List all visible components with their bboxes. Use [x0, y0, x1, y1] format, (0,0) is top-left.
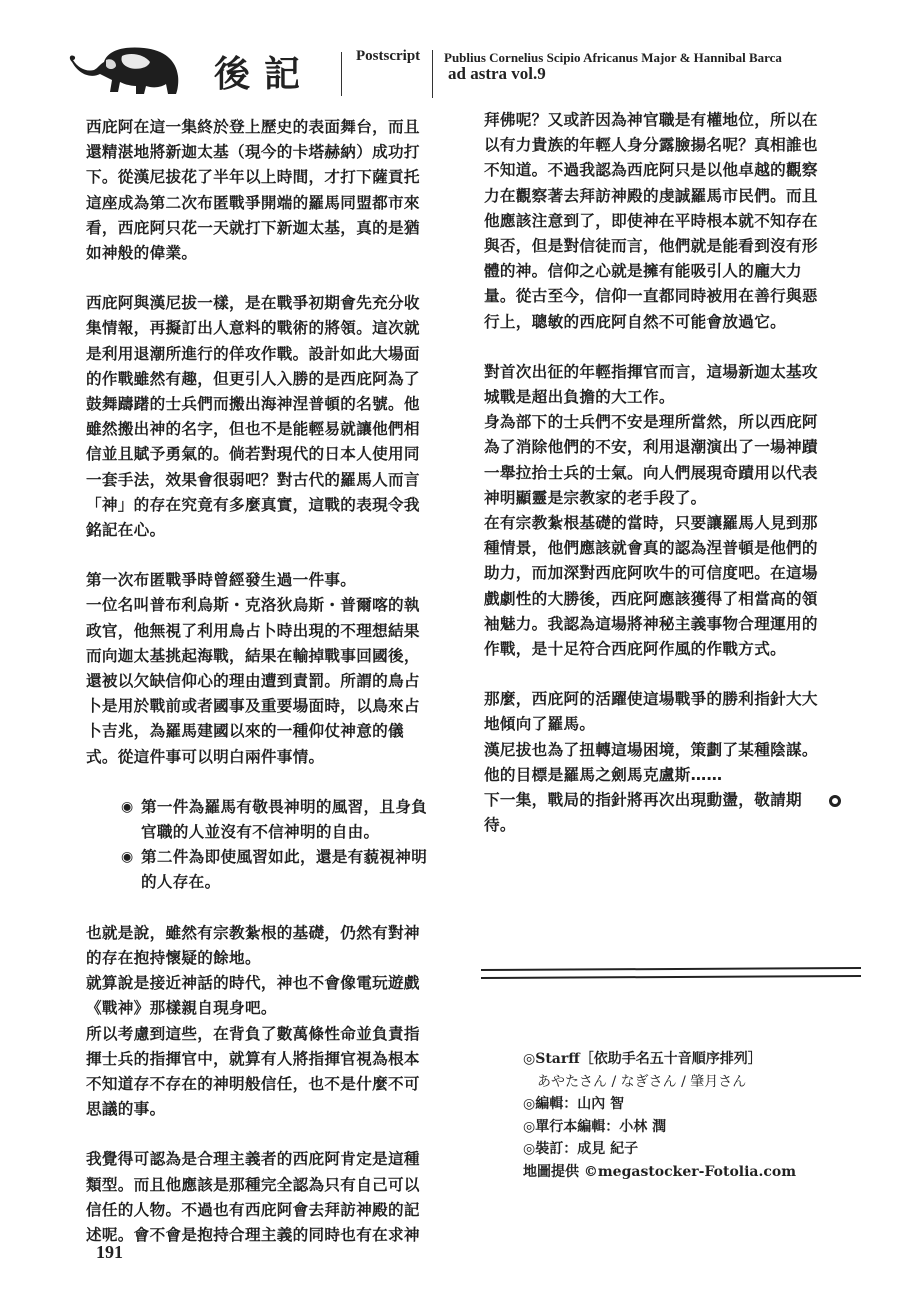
text-line: 式。從這件事可以明白兩件事情。	[86, 745, 456, 770]
text-line: 述呢。會不會是抱持合理主義的同時也有在求神	[86, 1223, 456, 1248]
text-line: 如神般的偉業。	[86, 241, 456, 266]
text-line: 身為部下的士兵們不安是理所當然，所以西庇阿	[484, 410, 854, 435]
text-line: 在有宗教紮根基礎的當時，只要讓羅馬人見到那	[484, 511, 854, 536]
text-line: 種情景，他們應該就會真的認為涅普頓是他們的	[484, 536, 854, 561]
bullet-list: ◉ 第一件為羅馬有敬畏神明的風習，且身負 官職的人並沒有不信神明的自由。 ◉ 第…	[121, 795, 456, 896]
text-line: 為了消除他們的不安，利用退潮演出了一場神蹟	[484, 435, 854, 460]
page-header: 後記 Postscript Publius Cornelius Scipio A…	[0, 0, 910, 110]
staff-heading: ◎Starff［依助手名五十音順序排列］	[523, 1048, 796, 1071]
postscript-label: Postscript	[356, 48, 420, 65]
text-line: 戲劇性的大勝後，西庇阿應該獲得了相當高的領	[484, 587, 854, 612]
text-line: 第一次布匿戰爭時曾經發生過一件事。	[86, 568, 456, 593]
divider-line	[481, 975, 861, 979]
text-line: 地傾向了羅馬。	[484, 712, 854, 737]
book-editor-credit: ◎單行本編輯：小林 潤	[523, 1116, 796, 1139]
text-line: 看，西庇阿只花一天就打下新迦太基，真的是猶	[86, 216, 456, 241]
paragraph: 西庇阿與漢尼拔一樣，是在戰爭初期會先充分收 集情報，再擬訂出人意料的戰術的將領。…	[86, 291, 456, 543]
staff-names: あやたさん / なぎさん / 肇月さん	[523, 1071, 796, 1094]
page-title: 後記	[214, 46, 314, 97]
paragraph: 西庇阿在這一集終於登上歷史的表面舞台，而且 還精湛地將新迦太基（現今的卡塔赫納）…	[86, 115, 456, 266]
credits-block: ◎Starff［依助手名五十音順序排列］ あやたさん / なぎさん / 肇月さん…	[523, 1048, 796, 1183]
text-line: 鼓舞躊躇的士兵們而搬出海神涅普頓的名號。他	[86, 392, 456, 417]
text-line: 一位名叫普布利烏斯・克洛狄烏斯・普爾喀的執	[86, 593, 456, 618]
text-line: 集情報，再擬訂出人意料的戰術的將領。這次就	[86, 316, 456, 341]
text-line: 信並且賦予勇氣的。倘若對現代的日本人使用同	[86, 442, 456, 467]
text-line: 一套手法，效果會很弱吧？對古代的羅馬人而言	[86, 468, 456, 493]
text-line: 政官，他無視了利用鳥占卜時出現的不理想結果	[86, 619, 456, 644]
paragraph: 拜佛呢？又或許因為神官職是有權地位，所以在 以有力貴族的年輕人身分露臉揚名呢？真…	[484, 108, 854, 335]
divider	[432, 50, 433, 98]
text-line: 「神」的存在究竟有多麼真實，這戰的表現令我	[86, 493, 456, 518]
text-line: 信任的人物。不過也有西庇阿會去拜訪神殿的記	[86, 1198, 456, 1223]
text-line: 《戰神》那樣親自現身吧。	[86, 996, 456, 1021]
text-line: 也就是說，雖然有宗教紮根的基礎，仍然有對神	[86, 921, 456, 946]
text-line: 作戰，是十足符合西庇阿作風的作戰方式。	[484, 637, 854, 662]
text-line: 還精湛地將新迦太基（現今的卡塔赫納）成功打	[86, 140, 456, 165]
bullet-icon: ◉	[121, 795, 141, 845]
text-line: 量。從古至今，信仰一直都同時被用在善行與惡	[484, 284, 854, 309]
text-line: 類型。而且他應該是那種完全認為只有自己可以	[86, 1173, 456, 1198]
page-number: 191	[96, 1242, 123, 1263]
text-line: 揮士兵的指揮官中，就算有人將指揮官視為根本	[86, 1047, 456, 1072]
text-line: 與否，但是對信徒而言，他們就是能看到沒有形	[484, 234, 854, 259]
paragraph: 對首次出征的年輕指揮官而言，這場新迦太基攻 城戰是超出負擔的大工作。 身為部下的…	[484, 360, 854, 662]
editor-credit: ◎編輯：山內 智	[523, 1093, 796, 1116]
text-line: 銘記在心。	[86, 518, 456, 543]
text-line: 以有力貴族的年輕人身分露臉揚名呢？真相誰也	[484, 133, 854, 158]
text-line: 西庇阿在這一集終於登上歷史的表面舞台，而且	[86, 115, 456, 140]
text-line: 這座成為第二次布匿戰爭開端的羅馬同盟都市來	[86, 191, 456, 216]
bullet-icon: ◉	[121, 845, 141, 895]
text-line: 西庇阿與漢尼拔一樣，是在戰爭初期會先充分收	[86, 291, 456, 316]
text-line: 漢尼拔也為了扭轉這場困境，策劃了某種陰謀。	[484, 738, 854, 763]
text-line: 他的目標是羅馬之劍馬克盧斯……	[484, 763, 854, 788]
divider	[341, 52, 342, 96]
text-line: 卜吉兆，為羅馬建國以來的一種仰仗神意的儀	[86, 719, 456, 744]
map-credit: 地圖提供 ©megastocker-Fotolia.com	[523, 1161, 796, 1184]
text-line: 的存在抱持懷疑的餘地。	[86, 946, 456, 971]
bullet-item: ◉ 第一件為羅馬有敬畏神明的風習，且身負 官職的人並沒有不信神明的自由。	[121, 795, 456, 845]
divider-line	[481, 967, 861, 971]
paragraph: 也就是說，雖然有宗教紮根的基礎，仍然有對神 的存在抱持懷疑的餘地。 就算說是接近…	[86, 921, 456, 1123]
text-line: 所以考慮到這些，在背負了數萬條性命並負責指	[86, 1022, 456, 1047]
text-line: 拜佛呢？又或許因為神官職是有權地位，所以在	[484, 108, 854, 133]
end-circle-icon	[829, 795, 841, 807]
text-line: 對首次出征的年輕指揮官而言，這場新迦太基攻	[484, 360, 854, 385]
text-line: 而向迦太基挑起海戰，結果在輸掉戰事回國後，	[86, 644, 456, 669]
right-column: 拜佛呢？又或許因為神官職是有權地位，所以在 以有力貴族的年輕人身分露臉揚名呢？真…	[484, 108, 854, 838]
text-line: 不知道。不過我認為西庇阿只是以他卓越的觀察	[484, 158, 854, 183]
text-line: 袖魅力。我認為這場將神秘主義事物合理運用的	[484, 612, 854, 637]
text-line: 第一件為羅馬有敬畏神明的風習，且身負	[141, 795, 427, 820]
text-line: 那麼，西庇阿的活躍使這場戰爭的勝利指針大大	[484, 687, 854, 712]
text-line: 的人存在。	[141, 870, 427, 895]
paragraph: 第一次布匿戰爭時曾經發生過一件事。 一位名叫普布利烏斯・克洛狄烏斯・普爾喀的執 …	[86, 568, 456, 770]
text-line: 思議的事。	[86, 1097, 456, 1122]
text-line: 助力，而加深對西庇阿吹牛的可信度吧。在這場	[484, 561, 854, 586]
text-line: 力在觀察著去拜訪神殿的虔誠羅馬市民們。而且	[484, 184, 854, 209]
text-line: 神明顯靈是宗教家的老手段了。	[484, 486, 854, 511]
text-line: 體的神。信仰之心就是擁有能吸引人的龐大力	[484, 259, 854, 284]
text-line: 下一集，戰局的指針將再次出現動盪，敬請期	[484, 788, 854, 813]
text-line: 行上，聰敏的西庇阿自然不可能會放過它。	[484, 310, 854, 335]
bullet-item: ◉ 第二件為即使風習如此，還是有藐視神明 的人存在。	[121, 845, 456, 895]
text-line: 他應該注意到了，即使神在平時根本就不知存在	[484, 209, 854, 234]
text-line: 的作戰雖然有趣，但更引人入勝的是西庇阿為了	[86, 367, 456, 392]
paragraph: 我覺得可認為是合理主義者的西庇阿肯定是這種 類型。而且他應該是那種完全認為只有自…	[86, 1147, 456, 1248]
elephant-icon	[64, 42, 184, 98]
text-line: 官職的人並沒有不信神明的自由。	[141, 820, 427, 845]
text-line: 我覺得可認為是合理主義者的西庇阿肯定是這種	[86, 1147, 456, 1172]
text-line: 待。	[484, 813, 854, 838]
text-line: 就算說是接近神話的時代，神也不會像電玩遊戲	[86, 971, 456, 996]
text-line: 下。從漢尼拔花了半年以上時間，才打下薩貢托	[86, 165, 456, 190]
paragraph: 那麼，西庇阿的活躍使這場戰爭的勝利指針大大 地傾向了羅馬。 漢尼拔也為了扭轉這場…	[484, 687, 854, 838]
text-line: 一舉拉抬士兵的士氣。向人們展現奇蹟用以代表	[484, 461, 854, 486]
text-line: 還被以欠缺信仰心的理由遭到責罰。所謂的鳥占	[86, 669, 456, 694]
volume-label: ad astra vol.9	[448, 64, 546, 84]
text-line: 第二件為即使風習如此，還是有藐視神明	[141, 845, 427, 870]
text-line: 不知道存不存在的神明般信任，也不是什麼不可	[86, 1072, 456, 1097]
text-line: 卜是用於戰前或者國事及重要場面時，以鳥來占	[86, 694, 456, 719]
text-line: 是利用退潮所進行的佯攻作戰。設計如此大場面	[86, 342, 456, 367]
text-line: 雖然搬出神的名字，但也不是能輕易就讓他們相	[86, 417, 456, 442]
left-column: 西庇阿在這一集終於登上歷史的表面舞台，而且 還精湛地將新迦太基（現今的卡塔赫納）…	[86, 115, 456, 1248]
text-line: 城戰是超出負擔的大工作。	[484, 385, 854, 410]
binding-credit: ◎裝訂：成見 紀子	[523, 1138, 796, 1161]
